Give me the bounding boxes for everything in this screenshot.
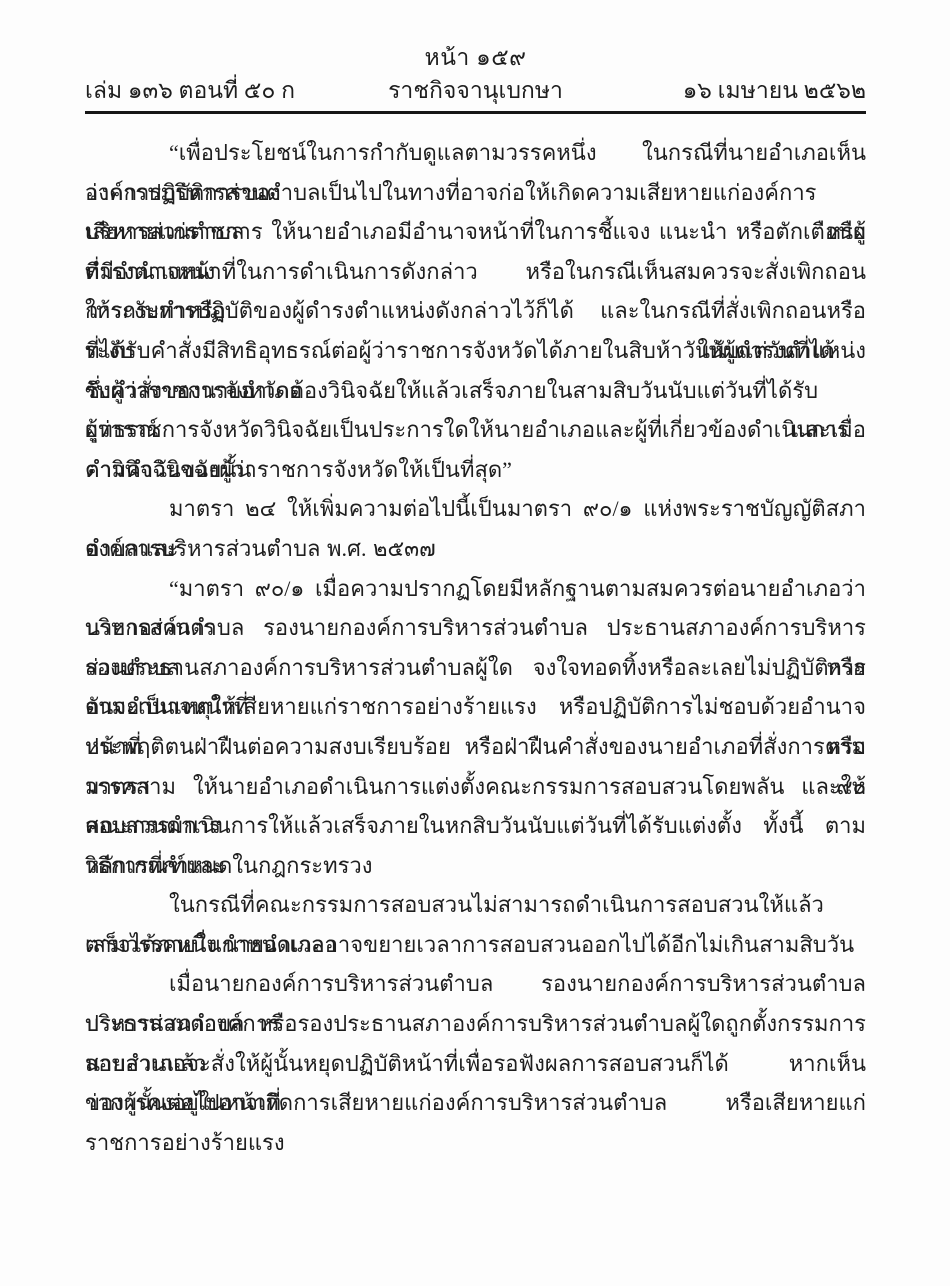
text-line: ที่มีอำนาจหน้าที่ในการดำเนินการดังกล่าว … (85, 252, 866, 292)
paragraph: “เพื่อประโยชน์ในการกำกับดูแลตามวรรคหนึ่ง… (85, 133, 866, 489)
header-divider (85, 111, 866, 114)
text-line: ในกรณีที่คณะกรรมการสอบสวนไม่สามารถดำเนิน… (85, 885, 866, 925)
paragraph: “มาตรา ๙๐/๑ เมื่อความปรากฏโดยมีหลักฐานตา… (85, 569, 866, 886)
gazette-title: ราชกิจจานุเบกษา (388, 76, 563, 106)
paragraph: มาตรา ๒๔ ให้เพิ่มความต่อไปนี้เป็นมาตรา ๙… (85, 489, 866, 568)
text-line: สอบสวนดำเนินการให้แล้วเสร็จภายในหกสิบวัน… (85, 806, 866, 846)
text-line: “เพื่อประโยชน์ในการกำกับดูแลตามวรรคหนึ่ง… (85, 133, 866, 173)
text-line: รองประธานสภาองค์การบริหารส่วนตำบลผู้ใด จ… (85, 648, 866, 688)
text-line: องค์การบริหารส่วนตำบล พ.ศ. ๒๕๓๗ (85, 529, 866, 569)
volume-issue: เล่ม ๑๓๖ ตอนที่ ๕๐ ก (85, 76, 388, 106)
text-line: มาตรา ๒๔ ให้เพิ่มความต่อไปนี้เป็นมาตรา ๙… (85, 489, 866, 529)
text-line: นายอำเภอจะสั่งให้ผู้นั้นหยุดปฏิบัติหน้าท… (85, 1044, 866, 1084)
page-number: หน้า ๑๕๙ (85, 44, 866, 72)
text-line: ของผู้นั้นต่อไปอาจเกิดการเสียหายแก่องค์ก… (85, 1083, 866, 1123)
text-line: ซึ่งผู้ว่าราชการจังหวัดต้องวินิจฉัยให้แล… (85, 371, 866, 411)
text-line: เสียหายแก่ราชการ ให้นายอำเภอมีอำนาจหน้าท… (85, 212, 866, 252)
text-line: องค์การบริหารส่วนตำบลเป็นไปในทางที่อาจก่… (85, 173, 866, 213)
publication-date: ๑๖ เมษายน ๒๕๖๒ (563, 76, 866, 106)
text-line: ตามวรรคหนึ่ง นายอำเภออาจขยายเวลาการสอบสว… (85, 925, 866, 965)
page-header: หน้า ๑๕๙ เล่ม ๑๓๖ ตอนที่ ๕๐ ก ราชกิจจานุ… (85, 44, 866, 106)
text-line: ที่ได้รับคำสั่งมีสิทธิอุทธรณ์ต่อผู้ว่ารา… (85, 331, 866, 371)
text-line: เมื่อนายกองค์การบริหารส่วนตำบล รองนายกอง… (85, 964, 866, 1004)
text-line: ผู้ว่าราชการจังหวัดวินิจฉัยเป็นประการใดใ… (85, 410, 866, 450)
document-body: “เพื่อประโยชน์ในการกำกับดูแลตามวรรคหนึ่ง… (85, 133, 866, 1123)
text-line: วิธีการที่กำหนดในกฎกระทรวง (85, 846, 866, 886)
text-line: บริหารส่วนตำบล หรือรองประธานสภาองค์การบร… (85, 1004, 866, 1044)
text-line: ประพฤติตนฝ่าฝืนต่อความสงบเรียบร้อย หรือฝ… (85, 727, 866, 767)
text-line: บริหารส่วนตำบล รองนายกองค์การบริหารส่วนต… (85, 608, 866, 648)
text-line: คำวินิจฉัยของผู้ว่าราชการจังหวัดให้เป็นท… (85, 450, 866, 490)
text-line: ให้ระงับการปฏิบัติของผู้ดำรงตำแหน่งดังกล… (85, 291, 866, 331)
header-meta-row: เล่ม ๑๓๖ ตอนที่ ๕๐ ก ราชกิจจานุเบกษา ๑๖ … (85, 76, 866, 106)
paragraph: ในกรณีที่คณะกรรมการสอบสวนไม่สามารถดำเนิน… (85, 885, 866, 964)
text-line: “มาตรา ๙๐/๑ เมื่อความปรากฏโดยมีหลักฐานตา… (85, 569, 866, 609)
paragraph: เมื่อนายกองค์การบริหารส่วนตำบล รองนายกอง… (85, 964, 866, 1122)
text-line: วรรคสาม ให้นายอำเภอดำเนินการแต่งตั้งคณะก… (85, 767, 866, 807)
text-line: อันจะเป็นเหตุให้เสียหายแก่ราชการอย่างร้า… (85, 687, 866, 727)
gazette-page: หน้า ๑๕๙ เล่ม ๑๓๖ ตอนที่ ๕๐ ก ราชกิจจานุ… (0, 0, 950, 1286)
